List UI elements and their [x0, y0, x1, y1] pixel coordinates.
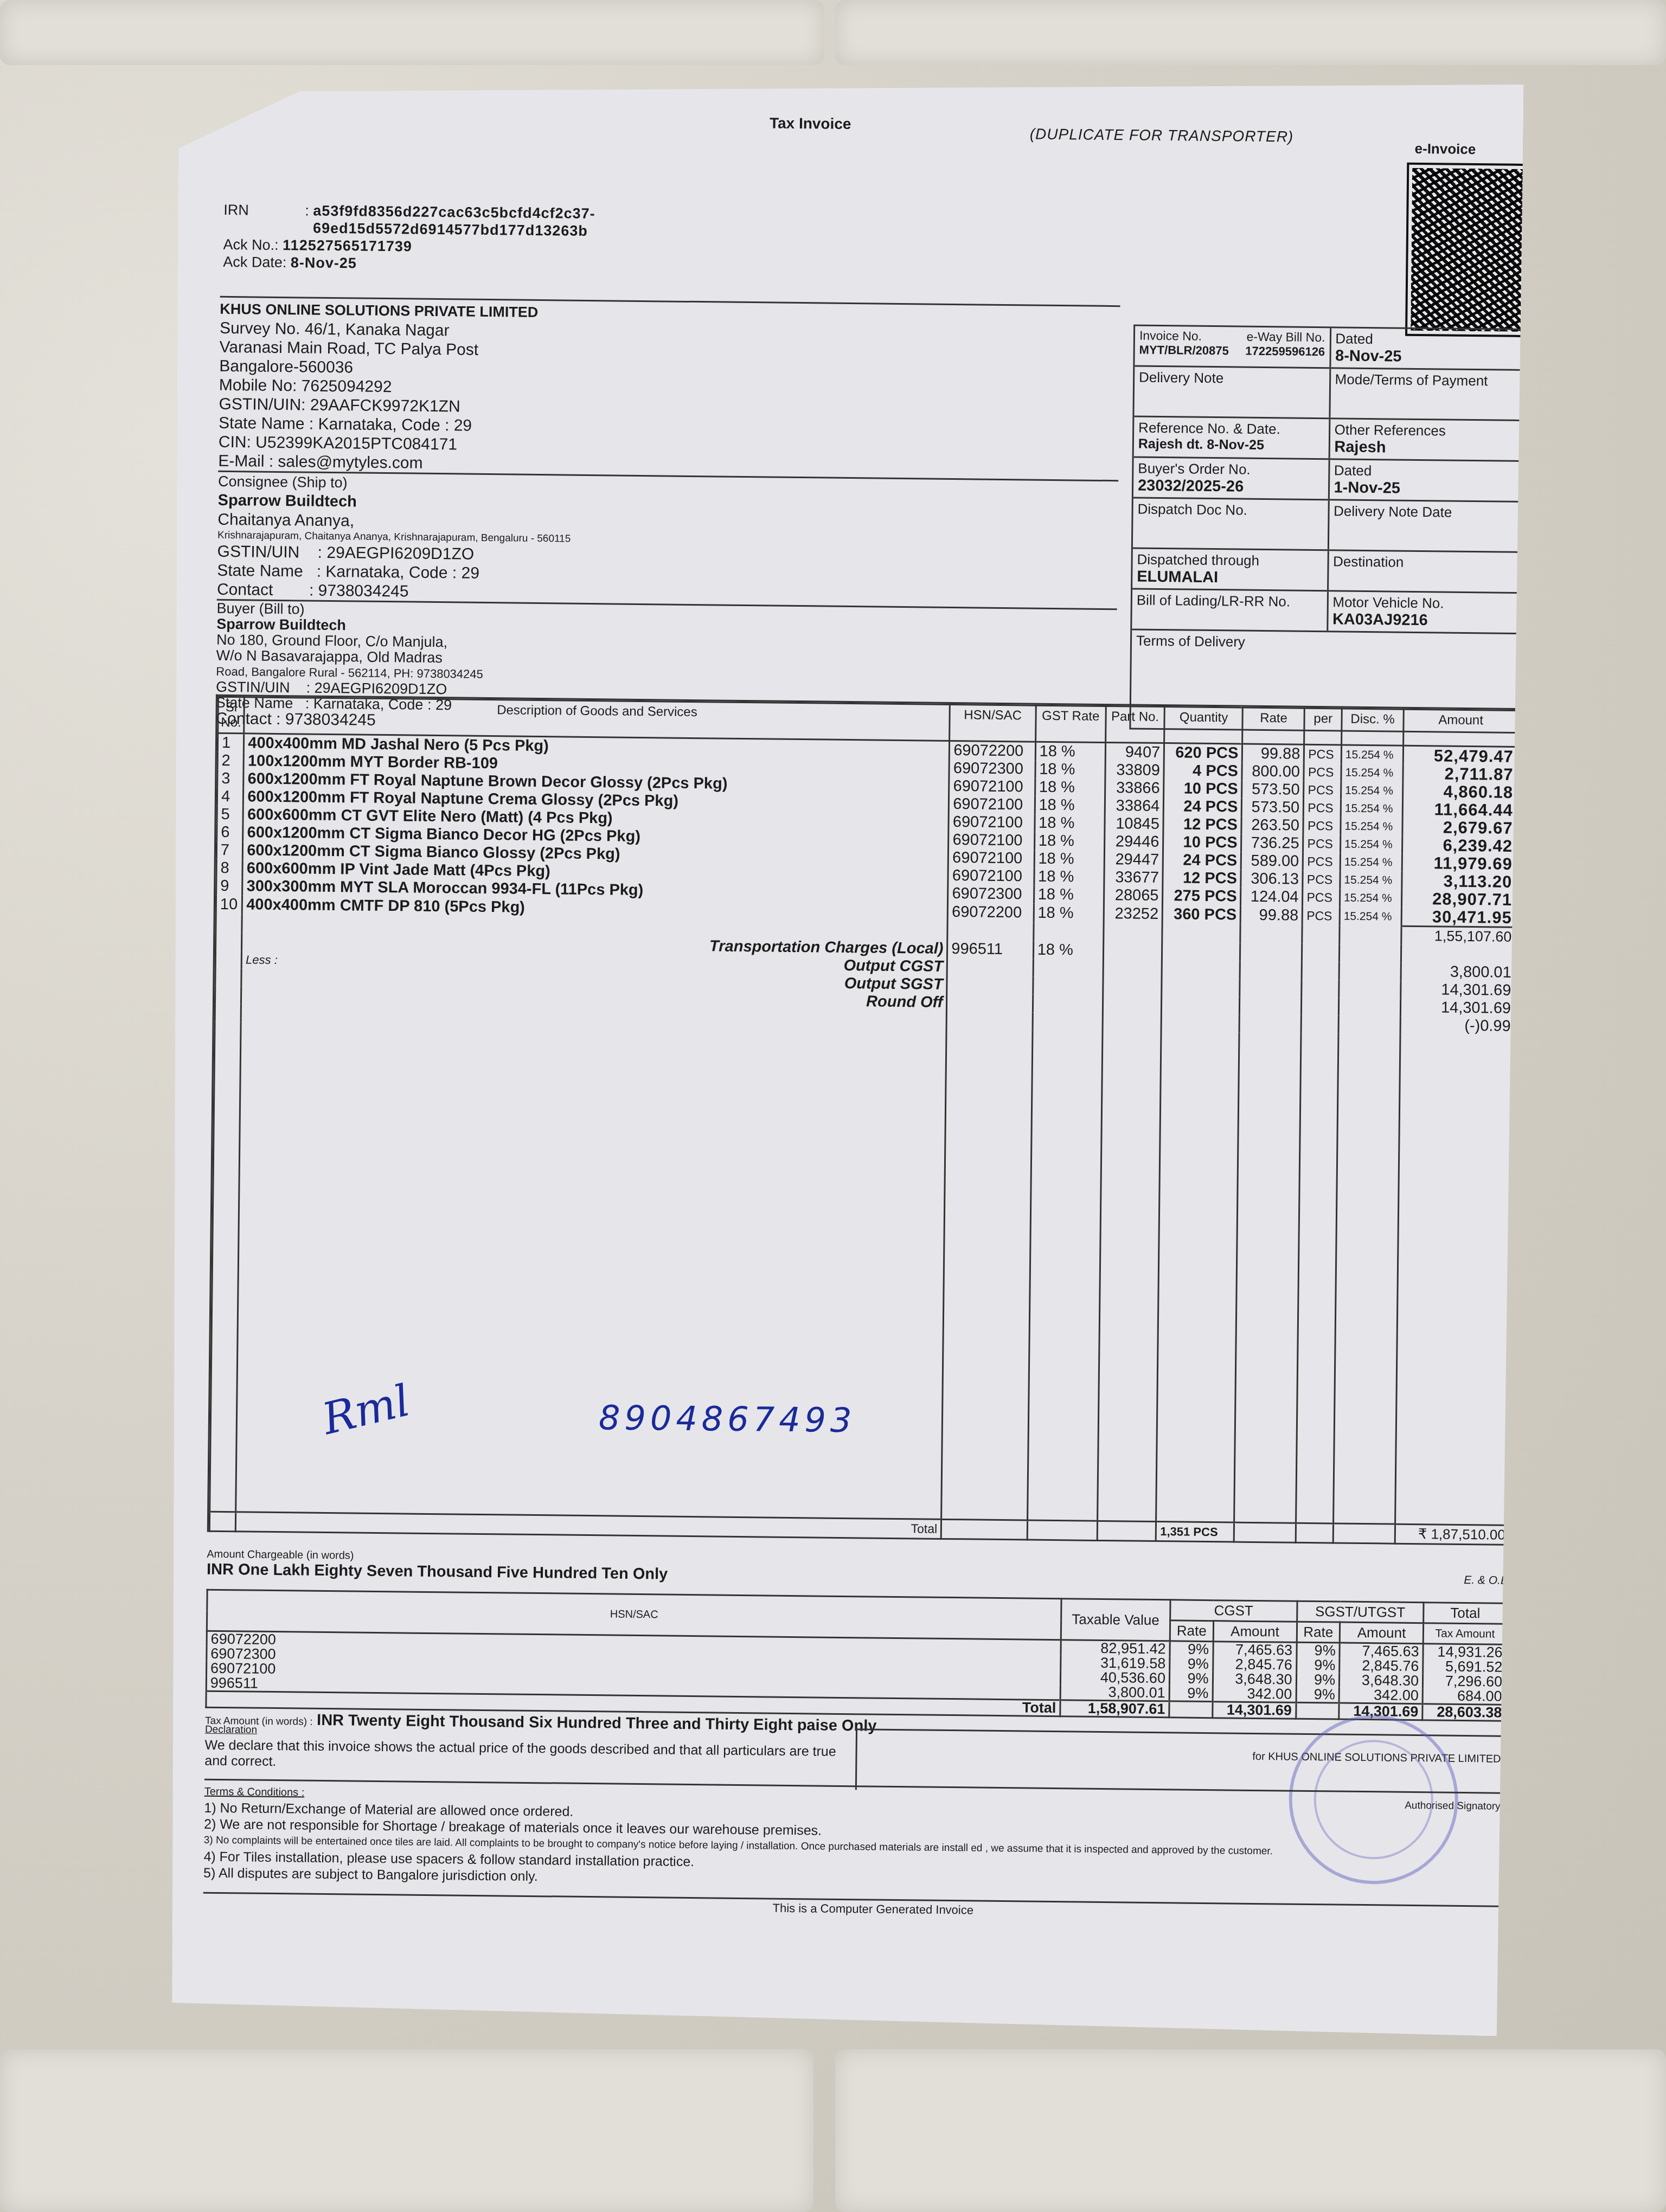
item-hsn: 69072100: [949, 795, 1035, 814]
tax-cgst-rate: 9%: [1169, 1686, 1213, 1701]
tax-total: 5,691.52: [1423, 1659, 1507, 1675]
invoice-title: Tax Invoice: [770, 114, 851, 133]
tax-cgst-rate: 9%: [1170, 1641, 1213, 1657]
item-quantity: 275 PCS: [1163, 887, 1241, 906]
tax-sgst-amt: 2,845.76: [1340, 1658, 1423, 1674]
item-per: PCS: [1304, 781, 1341, 800]
tax-sgst-rate: 9%: [1296, 1687, 1340, 1703]
handwritten-phone-number: 8904867493: [599, 1398, 856, 1440]
item-per: PCS: [1303, 853, 1341, 871]
col-per: per: [1304, 708, 1342, 745]
item-amount: 2,711.87: [1403, 764, 1517, 783]
eway-no: 172259596126: [1245, 344, 1325, 359]
item-gst-rate: 18 %: [1034, 886, 1104, 904]
col-sl: Sl No.: [218, 697, 245, 734]
item-sl: 9: [216, 877, 243, 896]
item-discount: 15.254 %: [1340, 906, 1401, 926]
delivery-date-label: Delivery Note Date: [1327, 500, 1523, 551]
item-sl: 2: [217, 752, 244, 770]
reference-table: Invoice No.e-Way Bill No. MYT/BLR/208751…: [1129, 324, 1527, 734]
tax-sgst-amt: 342.00: [1339, 1688, 1422, 1704]
item-rate: 99.88: [1241, 906, 1303, 925]
irn-value-cont: 69ed15d5572d6914577bd177d13263b: [313, 220, 588, 239]
copy-label: (DUPLICATE FOR TRANSPORTER): [1030, 125, 1294, 145]
einvoice-details: IRN: a53f9fd8356d227cac63c5bcfd4cf2c37- …: [223, 201, 595, 274]
col-rate: Rate: [1242, 708, 1305, 744]
item-part-no: 10845: [1104, 815, 1163, 833]
tax-taxable: 31,619.58: [1061, 1655, 1170, 1671]
tax-col-cgst-rate: Rate: [1170, 1621, 1213, 1642]
col-amount: Amount: [1404, 709, 1518, 747]
item-discount: 15.254 %: [1341, 764, 1403, 782]
item-hsn: 69072100: [949, 849, 1035, 868]
item-amount: 11,979.69: [1402, 854, 1516, 873]
item-rate: 573.50: [1242, 799, 1304, 817]
roundoff-amount: (-)0.99: [1400, 1017, 1515, 1036]
item-rate: 263.50: [1241, 816, 1303, 835]
item-rate: 589.00: [1241, 852, 1303, 871]
item-amount: 6,239.42: [1402, 836, 1516, 855]
payment-terms-label: Mode/Terms of Payment: [1329, 369, 1525, 420]
tax-cgst-rate: 9%: [1169, 1671, 1213, 1686]
tax-col-sgst-rate: Rate: [1297, 1622, 1340, 1643]
subtotal: 1,55,107.60: [1401, 926, 1516, 946]
item-part-no: 33866: [1105, 779, 1164, 798]
item-rate: 736.25: [1241, 834, 1303, 853]
tax-col-cgst: CGST: [1170, 1600, 1297, 1622]
item-sl: 3: [217, 770, 244, 788]
item-discount: 15.254 %: [1341, 818, 1402, 836]
item-quantity: 12 PCS: [1163, 815, 1241, 834]
reference-label: Reference No. & Date.: [1138, 420, 1324, 439]
item-quantity: 4 PCS: [1164, 762, 1242, 781]
item-per: PCS: [1303, 906, 1340, 925]
item-discount: 15.254 %: [1340, 889, 1401, 908]
tax-col-taxable: Taxable Value: [1061, 1599, 1170, 1641]
invoice-paper: Tax Invoice (DUPLICATE FOR TRANSPORTER) …: [158, 70, 1524, 2036]
transport-hsn: 996511: [947, 940, 1034, 959]
item-per: PCS: [1303, 889, 1340, 907]
item-quantity: 360 PCS: [1163, 905, 1241, 924]
tax-sgst-amt: 7,465.63: [1340, 1643, 1423, 1659]
background-block: [0, 2049, 813, 2212]
order-dated-label: Dated: [1334, 462, 1520, 481]
tax-cgst-amt: 7,465.63: [1213, 1642, 1297, 1658]
item-part-no: 33864: [1105, 797, 1164, 815]
item-gst-rate: 18 %: [1034, 850, 1104, 869]
item-hsn: 69072300: [948, 885, 1034, 904]
col-part: Part No.: [1105, 706, 1165, 743]
item-gst-rate: 18 %: [1035, 814, 1105, 833]
item-part-no: 33809: [1105, 761, 1164, 780]
tax-taxable: 40,536.60: [1060, 1670, 1169, 1686]
cgst-label: Output CGST: [843, 957, 943, 975]
invoice-no-label: Invoice No.: [1139, 329, 1202, 344]
computer-generated-note: This is a Computer Generated Invoice: [772, 1901, 973, 1918]
tax-col-sgst: SGST/UTGST: [1297, 1601, 1424, 1623]
vehicle-label: Motor Vehicle No.: [1332, 594, 1518, 613]
invoice-no: MYT/BLR/20875: [1139, 343, 1229, 358]
irn-value: a53f9fd8356d227cac63c5bcfd4cf2c37-: [313, 203, 595, 222]
irn-label: IRN: [223, 201, 305, 220]
vehicle-no: KA03AJ9216: [1332, 610, 1518, 631]
item-hsn: 69072200: [947, 903, 1034, 922]
col-gst: GST Rate: [1035, 705, 1106, 742]
item-per: PCS: [1304, 763, 1341, 782]
tax-cgst-amt: 3,648.30: [1213, 1671, 1296, 1687]
item-quantity: 620 PCS: [1164, 743, 1242, 763]
tax-taxable: 3,800.01: [1060, 1684, 1169, 1701]
declaration-text: We declare that this invoice shows the a…: [204, 1738, 856, 1776]
invoice-date: 8-Nov-25: [1335, 347, 1521, 367]
tax-sgst-rate: 9%: [1296, 1673, 1340, 1688]
item-sl: 5: [217, 806, 244, 824]
item-hsn: 69072200: [950, 741, 1036, 760]
einvoice-label: e-Invoice: [1414, 140, 1476, 158]
destination-label: Destination: [1327, 551, 1523, 592]
item-sl: 7: [216, 841, 243, 860]
tax-col-total: Total: [1424, 1603, 1507, 1624]
tax-taxable: 82,951.42: [1061, 1640, 1170, 1657]
item-discount: 15.254 %: [1340, 853, 1402, 872]
less-label: Less :: [246, 951, 278, 968]
background-block: [835, 0, 1666, 65]
item-part-no: 9407: [1105, 742, 1164, 762]
dispatched-label: Dispatched through: [1137, 551, 1323, 570]
item-amount: 3,113.20: [1402, 872, 1516, 891]
item-gst-rate: 18 %: [1035, 779, 1105, 797]
order-label: Buyer's Order No.: [1138, 460, 1324, 479]
terms-block: Terms & Conditions : 1) No Return/Exchan…: [203, 1779, 1506, 1907]
item-gst-rate: 18 %: [1034, 868, 1104, 886]
tax-sgst-rate: 9%: [1296, 1642, 1340, 1658]
item-amount: 4,860.18: [1403, 782, 1517, 801]
tax-sgst-rate: 9%: [1296, 1658, 1340, 1673]
ack-date-label: Ack Date:: [223, 254, 286, 271]
item-quantity: 24 PCS: [1163, 851, 1241, 870]
item-hsn: 69072100: [948, 867, 1034, 886]
party-block: KHUS ONLINE SOLUTIONS PRIVATE LIMITED Su…: [215, 296, 1120, 736]
ack-no-label: Ack No.:: [223, 236, 278, 253]
order-date: 1-Nov-25: [1334, 479, 1520, 499]
item-part-no: 23252: [1104, 904, 1163, 924]
item-discount: 15.254 %: [1341, 800, 1402, 818]
item-gst-rate: 18 %: [1034, 904, 1104, 923]
order-no: 23032/2025-26: [1138, 477, 1324, 497]
tax-sgst-amt: 3,648.30: [1340, 1673, 1423, 1689]
item-discount: 15.254 %: [1340, 871, 1402, 890]
tax-total-cgst: 14,301.69: [1212, 1702, 1296, 1719]
item-amount: 30,471.95: [1401, 908, 1516, 928]
item-quantity: 10 PCS: [1163, 833, 1241, 852]
item-part-no: 33677: [1104, 869, 1163, 887]
tax-total: 684.00: [1422, 1688, 1506, 1705]
item-sl: 4: [217, 788, 244, 806]
item-hsn: 69072100: [949, 831, 1035, 850]
eoe-label: E. & O.E: [1464, 1574, 1508, 1592]
col-disc: Disc. %: [1342, 709, 1404, 745]
item-rate: 800.00: [1242, 763, 1304, 781]
dispatched-value: ELUMALAI: [1137, 568, 1323, 588]
dated-label: Dated: [1335, 330, 1521, 349]
background-block: [835, 2049, 1666, 2212]
item-part-no: 29447: [1104, 851, 1163, 869]
lading-label: Bill of Lading/LR-RR No.: [1132, 589, 1327, 631]
item-rate: 124.04: [1241, 888, 1303, 906]
eway-label: e-Way Bill No.: [1246, 330, 1325, 345]
col-qty: Quantity: [1164, 707, 1243, 744]
cgst-amount: 14,301.69: [1401, 981, 1515, 1000]
item-per: PCS: [1304, 744, 1342, 763]
item-hsn: 69072100: [949, 813, 1035, 832]
item-discount: 15.254 %: [1340, 835, 1402, 854]
other-ref-value: Rajesh: [1334, 438, 1520, 458]
item-amount: 28,907.71: [1401, 890, 1516, 909]
item-rate: 99.88: [1242, 744, 1304, 763]
sgst-amount: 14,301.69: [1400, 999, 1515, 1018]
delivery-note-label: Delivery Note: [1134, 366, 1329, 417]
item-amount: 52,479.47: [1403, 745, 1517, 766]
reference-value: Rajesh dt. 8-Nov-25: [1138, 436, 1324, 454]
tax-total: 7,296.60: [1422, 1674, 1506, 1689]
other-ref-label: Other References: [1335, 421, 1521, 440]
item-amount: 11,664.44: [1402, 800, 1517, 819]
item-gst-rate: 18 %: [1035, 796, 1105, 815]
item-hsn: 69072100: [949, 777, 1035, 796]
item-gst-rate: 18 %: [1035, 742, 1105, 761]
item-per: PCS: [1304, 799, 1341, 818]
item-rate: 306.13: [1241, 870, 1303, 889]
item-amount: 2,679.67: [1402, 818, 1517, 837]
item-rate: 573.50: [1242, 781, 1304, 799]
amount-in-words: Amount Chargeable (in words) INR One Lak…: [207, 1548, 1508, 1592]
item-discount: 15.254 %: [1341, 745, 1403, 764]
col-hsn: HSN/SAC: [950, 704, 1036, 742]
item-gst-rate: 18 %: [1035, 761, 1105, 779]
tax-cgst-amt: 2,845.76: [1213, 1657, 1296, 1673]
tax-col-sgst-amount: Amount: [1340, 1622, 1423, 1644]
item-part-no: 29446: [1104, 833, 1163, 851]
tax-col-total-sub: Tax Amount: [1423, 1623, 1507, 1645]
item-per: PCS: [1303, 817, 1341, 835]
item-per: PCS: [1303, 835, 1341, 853]
item-sl: 6: [217, 824, 244, 842]
total-qty: 1,351 PCS: [1156, 1522, 1234, 1542]
transport-amount: 3,800.01: [1401, 963, 1515, 982]
invoice-sheet: Tax Invoice (DUPLICATE FOR TRANSPORTER) …: [191, 71, 1502, 1982]
amount-words-label: Amount Chargeable (in words): [207, 1548, 354, 1562]
ack-no: 112527565171739: [283, 237, 412, 254]
item-part-no: 28065: [1104, 886, 1163, 905]
item-quantity: 12 PCS: [1163, 869, 1241, 888]
item-quantity: 24 PCS: [1164, 798, 1242, 816]
transport-gst: 18 %: [1033, 941, 1103, 960]
tax-col-cgst-amount: Amount: [1213, 1621, 1297, 1643]
item-sl: 1: [217, 733, 244, 752]
item-hsn: 69072300: [949, 760, 1035, 779]
dispatch-doc-label: Dispatch Doc No.: [1133, 498, 1328, 549]
total-amount: ₹ 1,87,510.00: [1395, 1524, 1509, 1545]
tax-total-taxable: 1,58,907.61: [1060, 1700, 1169, 1718]
item-gst-rate: 18 %: [1034, 832, 1104, 851]
background-block: [0, 0, 824, 65]
tax-cgst-rate: 9%: [1170, 1656, 1213, 1671]
tax-cgst-amt: 342.00: [1213, 1686, 1296, 1702]
item-sl: 8: [216, 859, 243, 878]
item-discount: 15.254 %: [1341, 782, 1402, 800]
tax-summary-table: HSN/SAC Taxable Value CGST SGST/UTGST To…: [205, 1589, 1508, 1742]
item-quantity: 10 PCS: [1164, 780, 1242, 799]
tax-total: 14,931.26: [1423, 1644, 1507, 1660]
ack-date: 8-Nov-25: [291, 254, 357, 271]
item-sl: 10: [216, 895, 242, 914]
item-per: PCS: [1303, 871, 1340, 889]
tax-total-amount: 28,603.38: [1422, 1704, 1506, 1721]
